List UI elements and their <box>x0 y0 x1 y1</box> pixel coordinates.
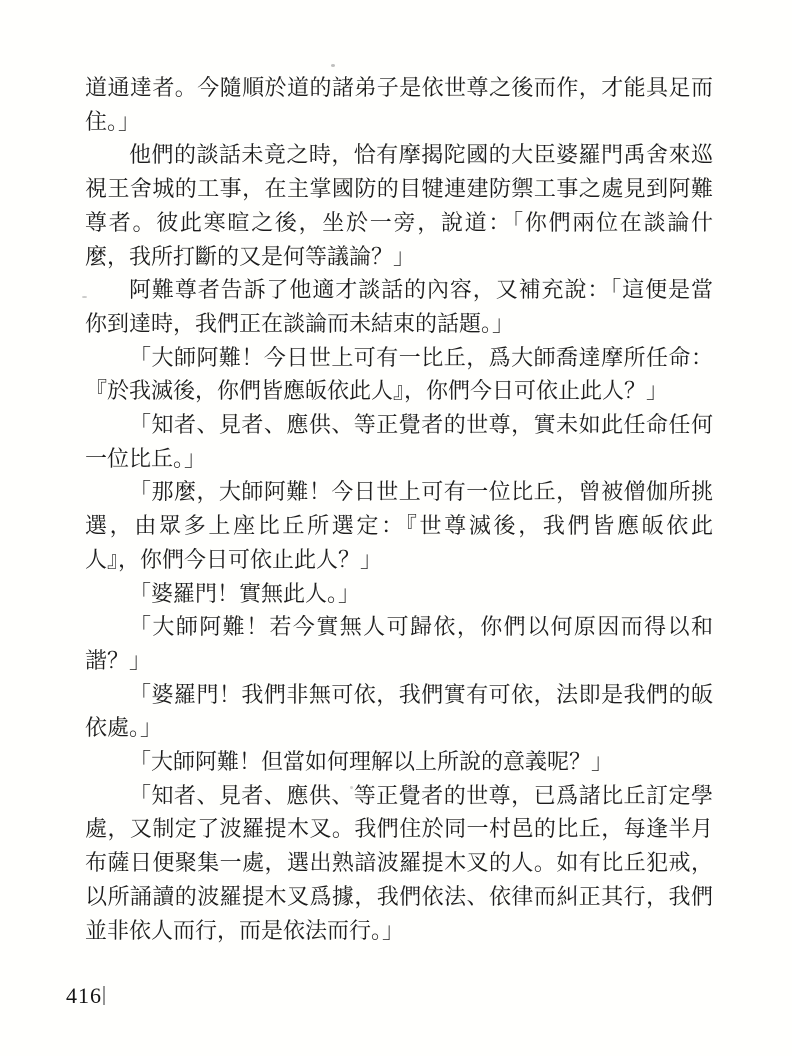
text-line: 一位比丘。」 <box>85 442 713 476</box>
text-line: 「大師阿難！但當如何理解以上所說的意義呢？」 <box>85 745 713 779</box>
text-line: 並非依人而行，而是依法而行。」 <box>85 914 713 948</box>
text-line: 他們的談話未竟之時，恰有摩揭陀國的大臣婆羅門禹舍來巡 <box>85 138 713 172</box>
text-line: 布薩日便聚集一處，選出熟諳波羅提木叉的人。如有比丘犯戒， <box>85 846 713 880</box>
text-line: 以所誦讀的波羅提木叉爲據，我們依法、依律而糾正其行，我們 <box>85 880 713 914</box>
text-line: 人』，你們今日可依止此人？」 <box>85 543 713 577</box>
text-line: 麼，我所打斷的又是何等議論？」 <box>85 240 713 274</box>
text-line: 道通達者。今隨順於道的諸弟子是依世尊之後而作，才能具足而 <box>85 71 713 105</box>
text-line: 視王舍城的工事，在主掌國防的目犍連建防禦工事之處見到阿難 <box>85 172 713 206</box>
text-line: 依處。」 <box>85 711 713 745</box>
text-line: 『於我滅後，你們皆應皈依此人』，你們今日可依止此人？」 <box>85 374 713 408</box>
scan-speck <box>350 786 353 789</box>
text-line: 阿難尊者告訴了他適才談話的內容，又補充說：「這便是當 <box>85 273 713 307</box>
text-line: 「知者、見者、應供、等正覺者的世尊，已爲諸比丘訂定學 <box>85 779 713 813</box>
text-line: 「大師阿難！今日世上可有一比丘，爲大師喬達摩所任命： <box>85 341 713 375</box>
text-line: 諧？」 <box>85 644 713 678</box>
text-line: 選，由眾多上座比丘所選定：『世尊滅後，我們皆應皈依此 <box>85 509 713 543</box>
text-line: 「那麼，大師阿難！今日世上可有一位比丘，曾被僧伽所挑 <box>85 475 713 509</box>
text-line: 你到達時，我們正在談論而未結束的話題。」 <box>85 307 713 341</box>
page-number-divider <box>103 986 105 1005</box>
text-line: 「婆羅門！我們非無可依，我們實有可依，法即是我們的皈 <box>85 678 713 712</box>
text-line: 住。」 <box>85 105 713 139</box>
book-page: 道通達者。今隨順於道的諸弟子是依世尊之後而作，才能具足而住。」他們的談話未竟之時… <box>0 0 792 1056</box>
text-line: 尊者。彼此寒暄之後，坐於一旁，說道：「你們兩位在談論什 <box>85 206 713 240</box>
scan-speck <box>331 64 335 67</box>
scan-speck <box>82 296 87 298</box>
body-text: 道通達者。今隨順於道的諸弟子是依世尊之後而作，才能具足而住。」他們的談話未竟之時… <box>85 71 713 947</box>
page-number: 416 <box>66 983 102 1009</box>
text-line: 「婆羅門！實無此人。」 <box>85 577 713 611</box>
text-line: 「知者、見者、應供、等正覺者的世尊，實未如此任命任何 <box>85 408 713 442</box>
text-line: 處，又制定了波羅提木叉。我們住於同一村邑的比丘，每逢半月 <box>85 812 713 846</box>
text-line: 「大師阿難！若今實無人可歸依，你們以何原因而得以和 <box>85 610 713 644</box>
